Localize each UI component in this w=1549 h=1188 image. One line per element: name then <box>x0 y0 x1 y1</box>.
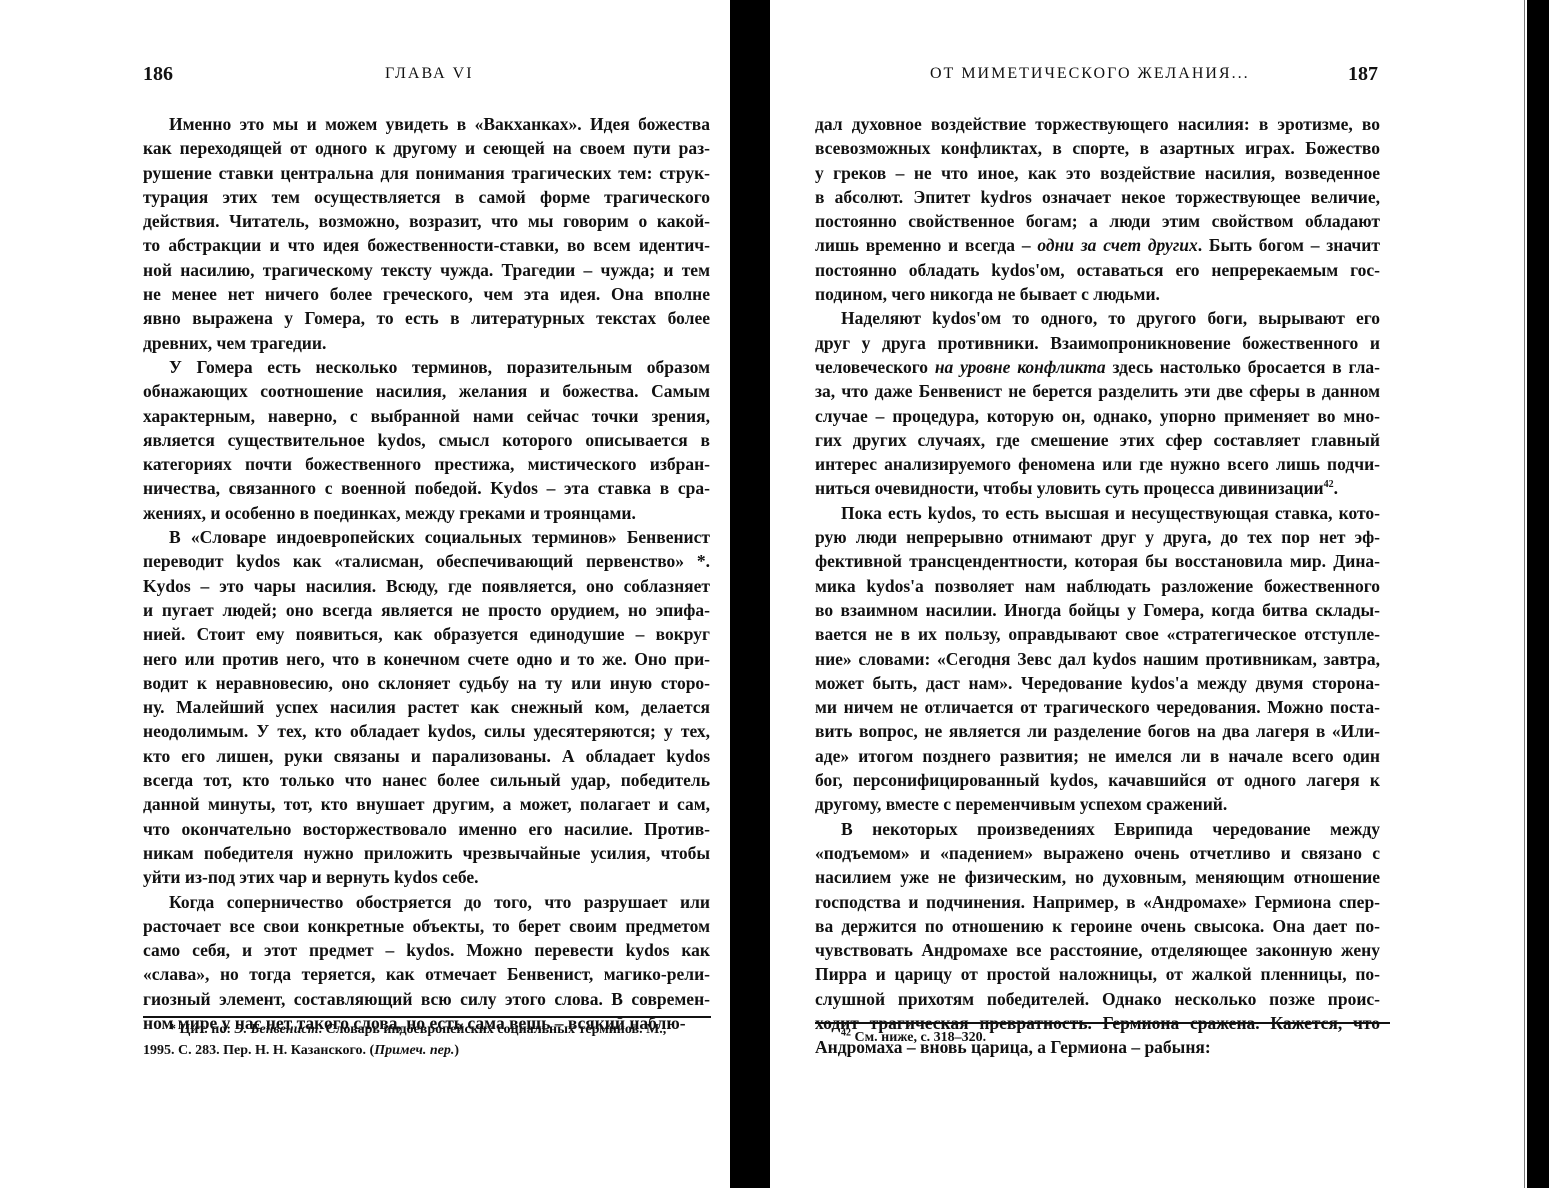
text-line: ничества, связанного с военной победой. … <box>143 476 710 500</box>
text-line: неодолимым. У тех, кто обладает kydos, с… <box>143 719 710 743</box>
text-line: аде» итогом позднего развития; не имелся… <box>815 744 1380 768</box>
text-line: Пирра и царицу от простой наложницы, от … <box>815 962 1380 986</box>
text-line: друг у друга противники. Взаимопроникнов… <box>815 331 1380 355</box>
text-line: В некоторых произведениях Еврипида черед… <box>815 817 1380 841</box>
text-line: Наделяют kydos'ом то одного, то другого … <box>815 306 1380 330</box>
text-line: лишь временно и всегда – одни за счет др… <box>815 233 1380 257</box>
text-line: как переходящей от одного к другому и се… <box>143 136 710 160</box>
footnote-right: 42 См. ниже, с. 318–320. <box>815 1027 1380 1048</box>
text-line: само себя, и этот предмет – kydos. Можно… <box>143 938 710 962</box>
text-line: действия. Читатель, возможно, возразит, … <box>143 209 710 233</box>
text-line: рую люди непрерывно отнимают друг у друг… <box>815 525 1380 549</box>
text-line: переводит kydos как «талисман, обеспечив… <box>143 549 710 573</box>
text-line: подином, чего никогда не бывает с людьми… <box>815 282 1380 306</box>
text-line: случае – процедура, которую он, однако, … <box>815 404 1380 428</box>
text-line: ниться очевидности, чтобы уловить суть п… <box>815 476 1380 500</box>
paragraph: У Гомера есть несколько терминов, порази… <box>143 355 710 525</box>
paragraph: дал духовное воздействие торжествующего … <box>815 112 1380 306</box>
text-line: господства и подчинения. Например, в «Ан… <box>815 890 1380 914</box>
text-line: уйти из-под этих чар и вернуть kydos себ… <box>143 865 710 889</box>
text-line: слушной прихотям победителей. Однако нес… <box>815 987 1380 1011</box>
text-line: другому, вместе с переменчивым успехом с… <box>815 792 1380 816</box>
text-line: то абстракции и что идея божественности-… <box>143 233 710 257</box>
text-line: «подъемом» и «падением» выражено очень о… <box>815 841 1380 865</box>
text-line: Когда соперничество обостряется до того,… <box>143 890 710 914</box>
paragraph: Именно это мы и можем увидеть в «Вакханк… <box>143 112 710 355</box>
text-line: ну. Малейший успех насилия растет как сн… <box>143 695 710 719</box>
text-line: что окончательно восторжествовало именно… <box>143 817 710 841</box>
text-line: фективной трансцендентности, которая бы … <box>815 549 1380 573</box>
running-head-left: ГЛАВА VI <box>385 62 474 86</box>
running-head-right: ОТ МИМЕТИЧЕСКОГО ЖЕЛАНИЯ... <box>930 62 1250 86</box>
text-line: гих других случаях, где смешение этих сф… <box>815 428 1380 452</box>
text-line: характерным, наверно, с выбранной нами с… <box>143 404 710 428</box>
text-line: вается не в их пользу, оправдывают свое … <box>815 622 1380 646</box>
footnote-left-line-1: * Цит. по: Э. Бенвенист. Словарь индоевр… <box>143 1019 711 1040</box>
right-body-text: дал духовное воздействие торжествующего … <box>815 112 1380 1060</box>
text-line: мика kydos'а позволяет нам наблюдать раз… <box>815 574 1380 598</box>
page-number-right: 187 <box>1348 62 1378 86</box>
text-line: никам победителя нужно приложить чрезвыч… <box>143 841 710 865</box>
text-line: Именно это мы и можем увидеть в «Вакханк… <box>143 112 710 136</box>
text-line: всевозможных конфликтах, в спорте, в аза… <box>815 136 1380 160</box>
text-line: ва держится по отношению к героине очень… <box>815 914 1380 938</box>
paragraph: В «Словаре индоевропейских социальных те… <box>143 525 710 889</box>
text-line: кто его лишен, руки связаны и парализова… <box>143 744 710 768</box>
footnote-right-line: 42 См. ниже, с. 318–320. <box>815 1027 1380 1048</box>
paragraph: Когда соперничество обостряется до того,… <box>143 890 710 1036</box>
text-line: за, что даже Бенвенист не берется раздел… <box>815 379 1380 403</box>
text-line: дал духовное воздействие торжествующего … <box>815 112 1380 136</box>
text-line: «слава», но тогда теряется, как отмечает… <box>143 962 710 986</box>
text-line: ной насилию, трагическому тексту чужда. … <box>143 258 710 282</box>
text-line: древних, чем трагедии. <box>143 331 710 355</box>
text-line: водит к неравновесию, оно склоняет судьб… <box>143 671 710 695</box>
text-line: обнажающих соотношение насилия, желания … <box>143 379 710 403</box>
text-line: человеческого на уровне конфликта здесь … <box>815 355 1380 379</box>
paragraph: Наделяют kydos'ом то одного, то другого … <box>815 306 1380 500</box>
text-line: Kydos – это чары насилия. Всюду, где поя… <box>143 574 710 598</box>
text-line: интерес анализируемого феномена или где … <box>815 452 1380 476</box>
book-gutter-shadow <box>730 0 770 1188</box>
text-line: ми ничем не отличается от трагического ч… <box>815 695 1380 719</box>
text-line: чувствовать Андромахе все расстояние, от… <box>815 938 1380 962</box>
text-line: не менее нет ничего более греческого, че… <box>143 282 710 306</box>
right-page: ОТ МИМЕТИЧЕСКОГО ЖЕЛАНИЯ... 187 дал духо… <box>770 0 1450 1188</box>
text-line: В «Словаре индоевропейских социальных те… <box>143 525 710 549</box>
left-page: 186 ГЛАВА VI Именно это мы и можем увиде… <box>0 0 730 1188</box>
footnote-left-line-2: 1995. С. 283. Пер. Н. Н. Казанского. (Пр… <box>143 1040 711 1061</box>
text-line: в абсолют. Эпитет kydros означает некое … <box>815 185 1380 209</box>
text-line: бог, персонифицированный kydos, качавший… <box>815 768 1380 792</box>
footnote-left: * Цит. по: Э. Бенвенист. Словарь индоевр… <box>143 1019 711 1061</box>
text-line: рушение ставки центральна для понимания … <box>143 161 710 185</box>
text-line: у греков – не что иное, как это воздейст… <box>815 161 1380 185</box>
text-line: вить вопрос, не является ли разделение б… <box>815 719 1380 743</box>
text-line: него или против него, что в конечном сче… <box>143 647 710 671</box>
text-line: гиозный элемент, составляющий всю силу э… <box>143 987 710 1011</box>
text-line: всегда тот, кто только что нанес более с… <box>143 768 710 792</box>
text-line: может быть, даст нам». Чередование kydos… <box>815 671 1380 695</box>
text-line: и пугает людей; оно всегда является не п… <box>143 598 710 622</box>
text-line: постоянно свойственное богам; а люди эти… <box>815 209 1380 233</box>
text-line: насилием уже не физическим, но духовным,… <box>815 865 1380 889</box>
text-line: категориях почти божественного престижа,… <box>143 452 710 476</box>
left-body-text: Именно это мы и можем увидеть в «Вакханк… <box>143 112 710 1035</box>
text-line: жениях, и особенно в поединках, между гр… <box>143 501 710 525</box>
text-line: является существительное kydos, смысл ко… <box>143 428 710 452</box>
footnote-rule-left <box>143 1016 711 1018</box>
text-line: Пока есть kydos, то есть высшая и несуще… <box>815 501 1380 525</box>
page-edge-shadow <box>1527 0 1549 1188</box>
text-line: во взаимном насилии. Иногда бойцы у Гоме… <box>815 598 1380 622</box>
text-line: явно выражена у Гомера, то есть в литера… <box>143 306 710 330</box>
text-line: У Гомера есть несколько терминов, порази… <box>143 355 710 379</box>
text-line: турация этих тем осуществляется в самой … <box>143 185 710 209</box>
paragraph: Пока есть kydos, то есть высшая и несуще… <box>815 501 1380 817</box>
text-line: ние» словами: «Сегодня Зевс дал kydos на… <box>815 647 1380 671</box>
text-line: постоянно обладать kydos'ом, оставаться … <box>815 258 1380 282</box>
footnote-rule-right <box>815 1022 1390 1024</box>
text-line: расточает все свои конкретные объекты, т… <box>143 914 710 938</box>
page-edge-line <box>1524 0 1525 1188</box>
text-line: данной минуты, тот, кто внушает другим, … <box>143 792 710 816</box>
text-line: нией. Стоит ему появиться, как образуетс… <box>143 622 710 646</box>
page-number-left: 186 <box>143 62 173 86</box>
